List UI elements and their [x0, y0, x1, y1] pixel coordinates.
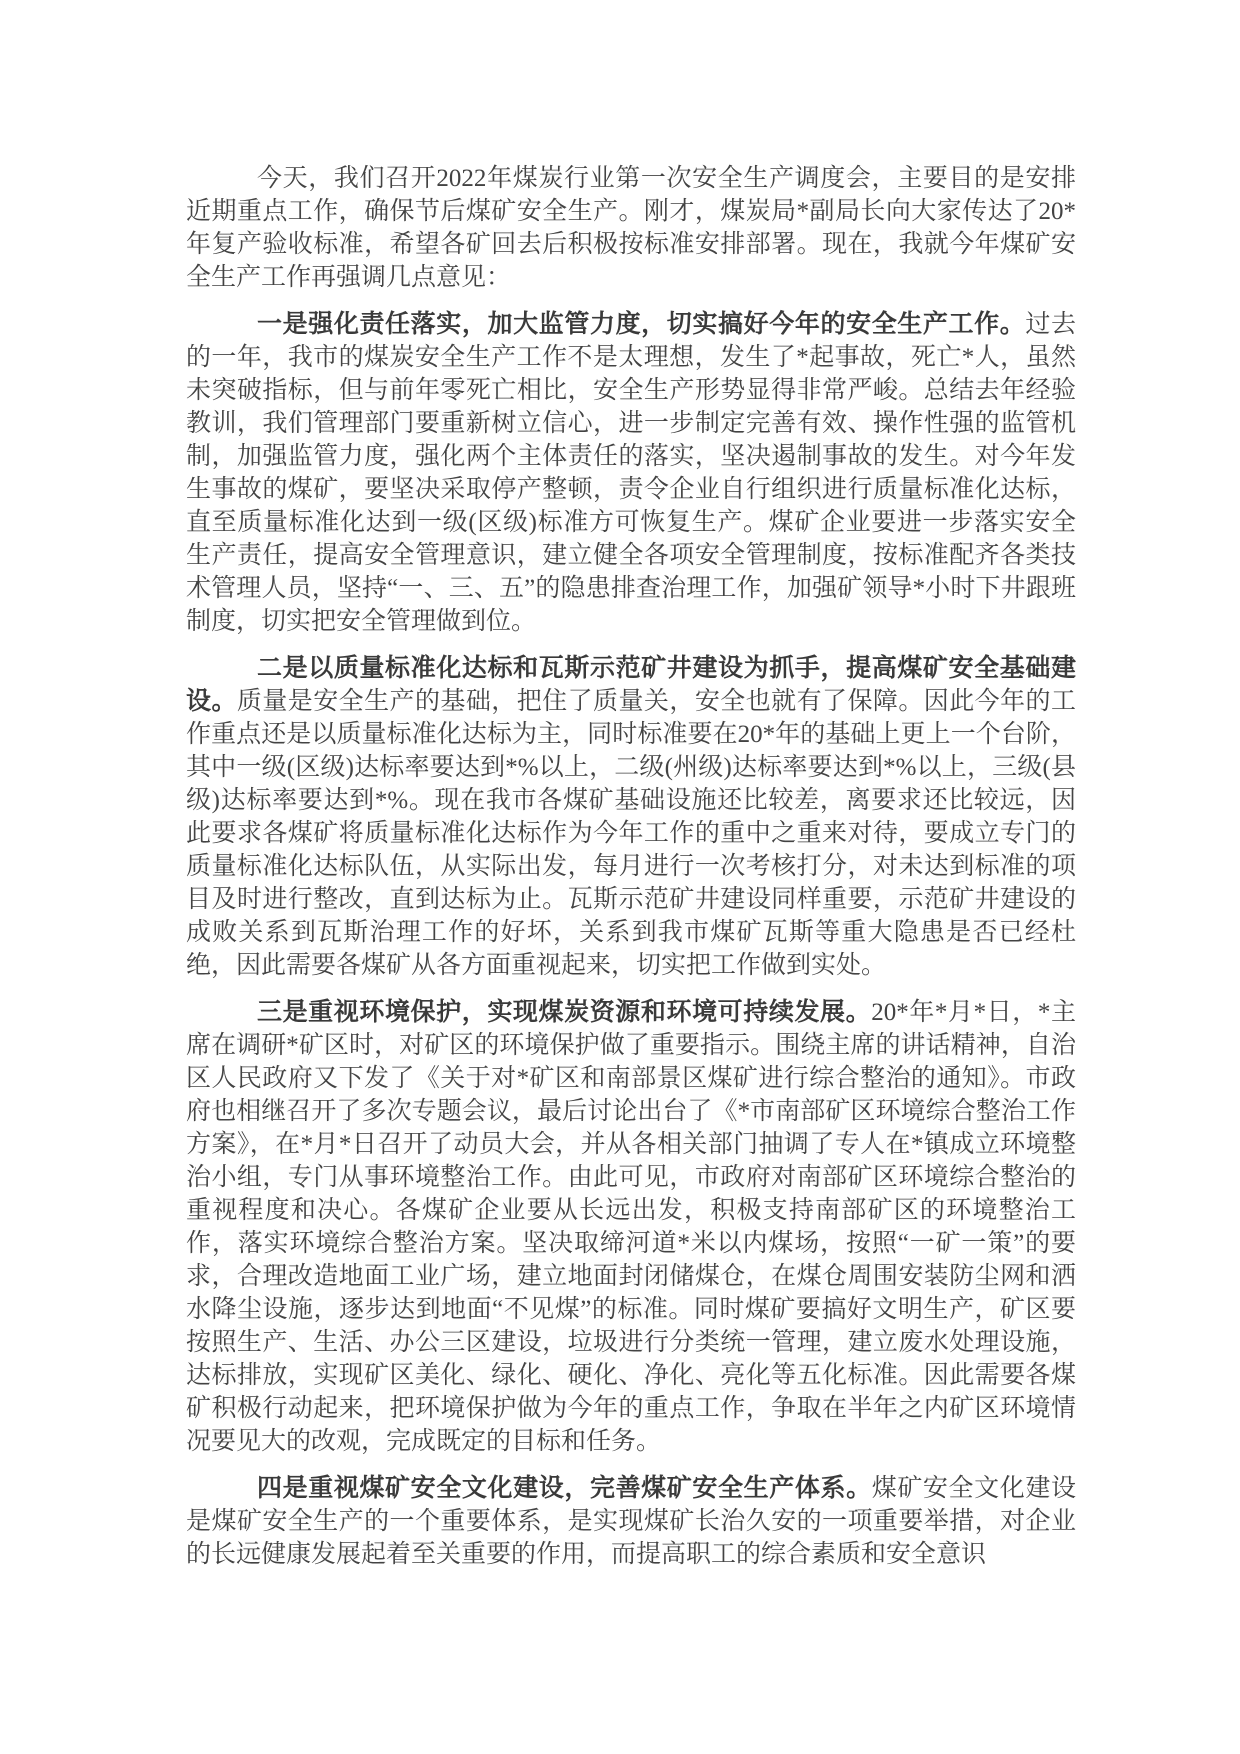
paragraph-text: 今天，我们召开2022年煤炭行业第一次安全生产调度会，主要目的是安排近期重点工作…: [186, 165, 1076, 291]
paragraph: 四是重视煤矿安全文化建设，完善煤矿安全生产体系。煤矿安全文化建设是煤矿安全生产的…: [186, 1472, 1076, 1571]
paragraph-lead: 四是重视煤矿安全文化建设，完善煤矿安全生产体系。: [257, 1474, 872, 1502]
paragraph-text: 20*年*月*日，*主席在调研*矿区时，对矿区的环境保护做了重要指示。围绕主席的…: [186, 999, 1076, 1455]
document-body: 今天，我们召开2022年煤炭行业第一次安全生产调度会，主要目的是安排近期重点工作…: [186, 162, 1076, 1571]
paragraph: 三是重视环境保护，实现煤炭资源和环境可持续发展。20*年*月*日，*主席在调研*…: [186, 996, 1076, 1458]
paragraph-text: 过去的一年，我市的煤炭安全生产工作不是太理想，发生了*起事故，死亡*人，虽然未突…: [186, 311, 1076, 635]
paragraph-lead: 一是强化责任落实，加大监管力度，切实搞好今年的安全生产工作。: [257, 310, 1025, 338]
paragraph: 一是强化责任落实，加大监管力度，切实搞好今年的安全生产工作。过去的一年，我市的煤…: [186, 308, 1076, 638]
paragraph: 二是以质量标准化达标和瓦斯示范矿井建设为抓手，提高煤矿安全基础建设。质量是安全生…: [186, 652, 1076, 982]
paragraph-text: 质量是安全生产的基础，把住了质量关，安全也就有了保障。因此今年的工作重点还是以质…: [186, 688, 1076, 979]
paragraph-lead: 三是重视环境保护，实现煤炭资源和环境可持续发展。: [257, 998, 871, 1026]
paragraph: 今天，我们召开2022年煤炭行业第一次安全生产调度会，主要目的是安排近期重点工作…: [186, 162, 1076, 294]
document-page: 今天，我们召开2022年煤炭行业第一次安全生产调度会，主要目的是安排近期重点工作…: [0, 0, 1240, 1754]
